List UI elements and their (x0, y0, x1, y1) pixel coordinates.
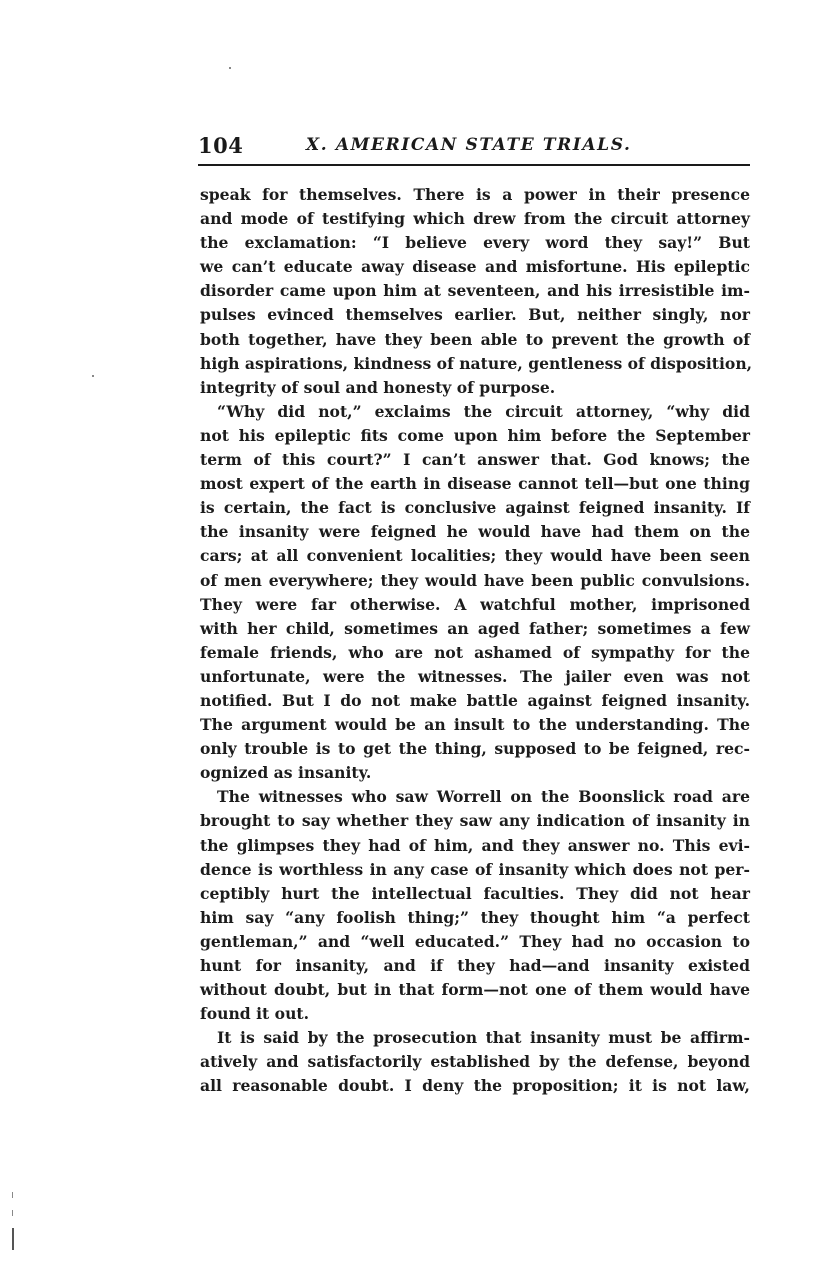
scan-margin-mark (12, 1228, 14, 1250)
text-line: unfortunate, were the witnesses. The jai… (200, 665, 750, 689)
running-title: X. AMERICAN STATE TRIALS. (306, 135, 632, 155)
scan-margin-mark (12, 1192, 13, 1198)
scan-speck (229, 67, 231, 69)
paragraph-2: “Why did not,” exclaims the circuit atto… (200, 400, 750, 786)
text-line: of men everywhere; they would have been … (200, 569, 750, 593)
text-line: the glimpses they had of him, and they a… (200, 834, 750, 858)
text-line: It is said by the prosecution that insan… (200, 1026, 750, 1050)
body-text: speak for themselves. There is a power i… (200, 183, 750, 1099)
text-line: ognized as insanity. (200, 761, 750, 785)
text-line: “Why did not,” exclaims the circuit atto… (200, 400, 750, 424)
text-line: atively and satisfactorily established b… (200, 1050, 750, 1074)
text-line: high aspirations, kindness of nature, ge… (200, 352, 750, 376)
text-line: him say “any foolish thing;” they though… (200, 906, 750, 930)
text-line: we can’t educate away disease and misfor… (200, 255, 750, 279)
text-line: notified. But I do not make battle again… (200, 689, 750, 713)
text-line: integrity of soul and honesty of purpose… (200, 376, 750, 400)
text-line: term of this court?” I can’t answer that… (200, 448, 750, 472)
text-line: is certain, the fact is conclusive again… (200, 496, 750, 520)
text-line: found it out. (200, 1002, 750, 1026)
running-header: 104 X. AMERICAN STATE TRIALS. (198, 133, 750, 165)
text-line: dence is worthless in any case of insani… (200, 858, 750, 882)
text-line: speak for themselves. There is a power i… (200, 183, 750, 207)
header-rule (198, 164, 750, 166)
text-line: both together, have they been able to pr… (200, 328, 750, 352)
text-line: disorder came upon him at seventeen, and… (200, 279, 750, 303)
text-line: without doubt, but in that form—not one … (200, 978, 750, 1002)
text-line: The argument would be an insult to the u… (200, 713, 750, 737)
paragraph-4: It is said by the prosecution that insan… (200, 1026, 750, 1098)
text-line: gentleman,” and “well educated.” They ha… (200, 930, 750, 954)
paragraph-1: speak for themselves. There is a power i… (200, 183, 750, 400)
text-line: pulses evinced themselves earlier. But, … (200, 303, 750, 327)
book-page: 104 X. AMERICAN STATE TRIALS. speak for … (0, 0, 836, 1284)
text-line: only trouble is to get the thing, suppos… (200, 737, 750, 761)
text-line: with her child, sometimes an aged father… (200, 617, 750, 641)
scan-speck (92, 375, 94, 377)
text-line: female friends, who are not ashamed of s… (200, 641, 750, 665)
text-line: The witnesses who saw Worrell on the Boo… (200, 785, 750, 809)
text-line: ceptibly hurt the intellectual faculties… (200, 882, 750, 906)
text-line: the exclamation: “I believe every word t… (200, 231, 750, 255)
text-line: cars; at all convenient localities; they… (200, 544, 750, 568)
text-line: the insanity were feigned he would have … (200, 520, 750, 544)
text-line: most expert of the earth in disease cann… (200, 472, 750, 496)
text-line: brought to say whether they saw any indi… (200, 809, 750, 833)
text-line: They were far otherwise. A watchful moth… (200, 593, 750, 617)
paragraph-3: The witnesses who saw Worrell on the Boo… (200, 785, 750, 1026)
text-line: and mode of testifying which drew from t… (200, 207, 750, 231)
page-number: 104 (198, 133, 243, 158)
scan-margin-mark (12, 1210, 13, 1216)
text-line: hunt for insanity, and if they had—and i… (200, 954, 750, 978)
text-line: not his epileptic fits come upon him bef… (200, 424, 750, 448)
text-line: all reasonable doubt. I deny the proposi… (200, 1074, 750, 1098)
